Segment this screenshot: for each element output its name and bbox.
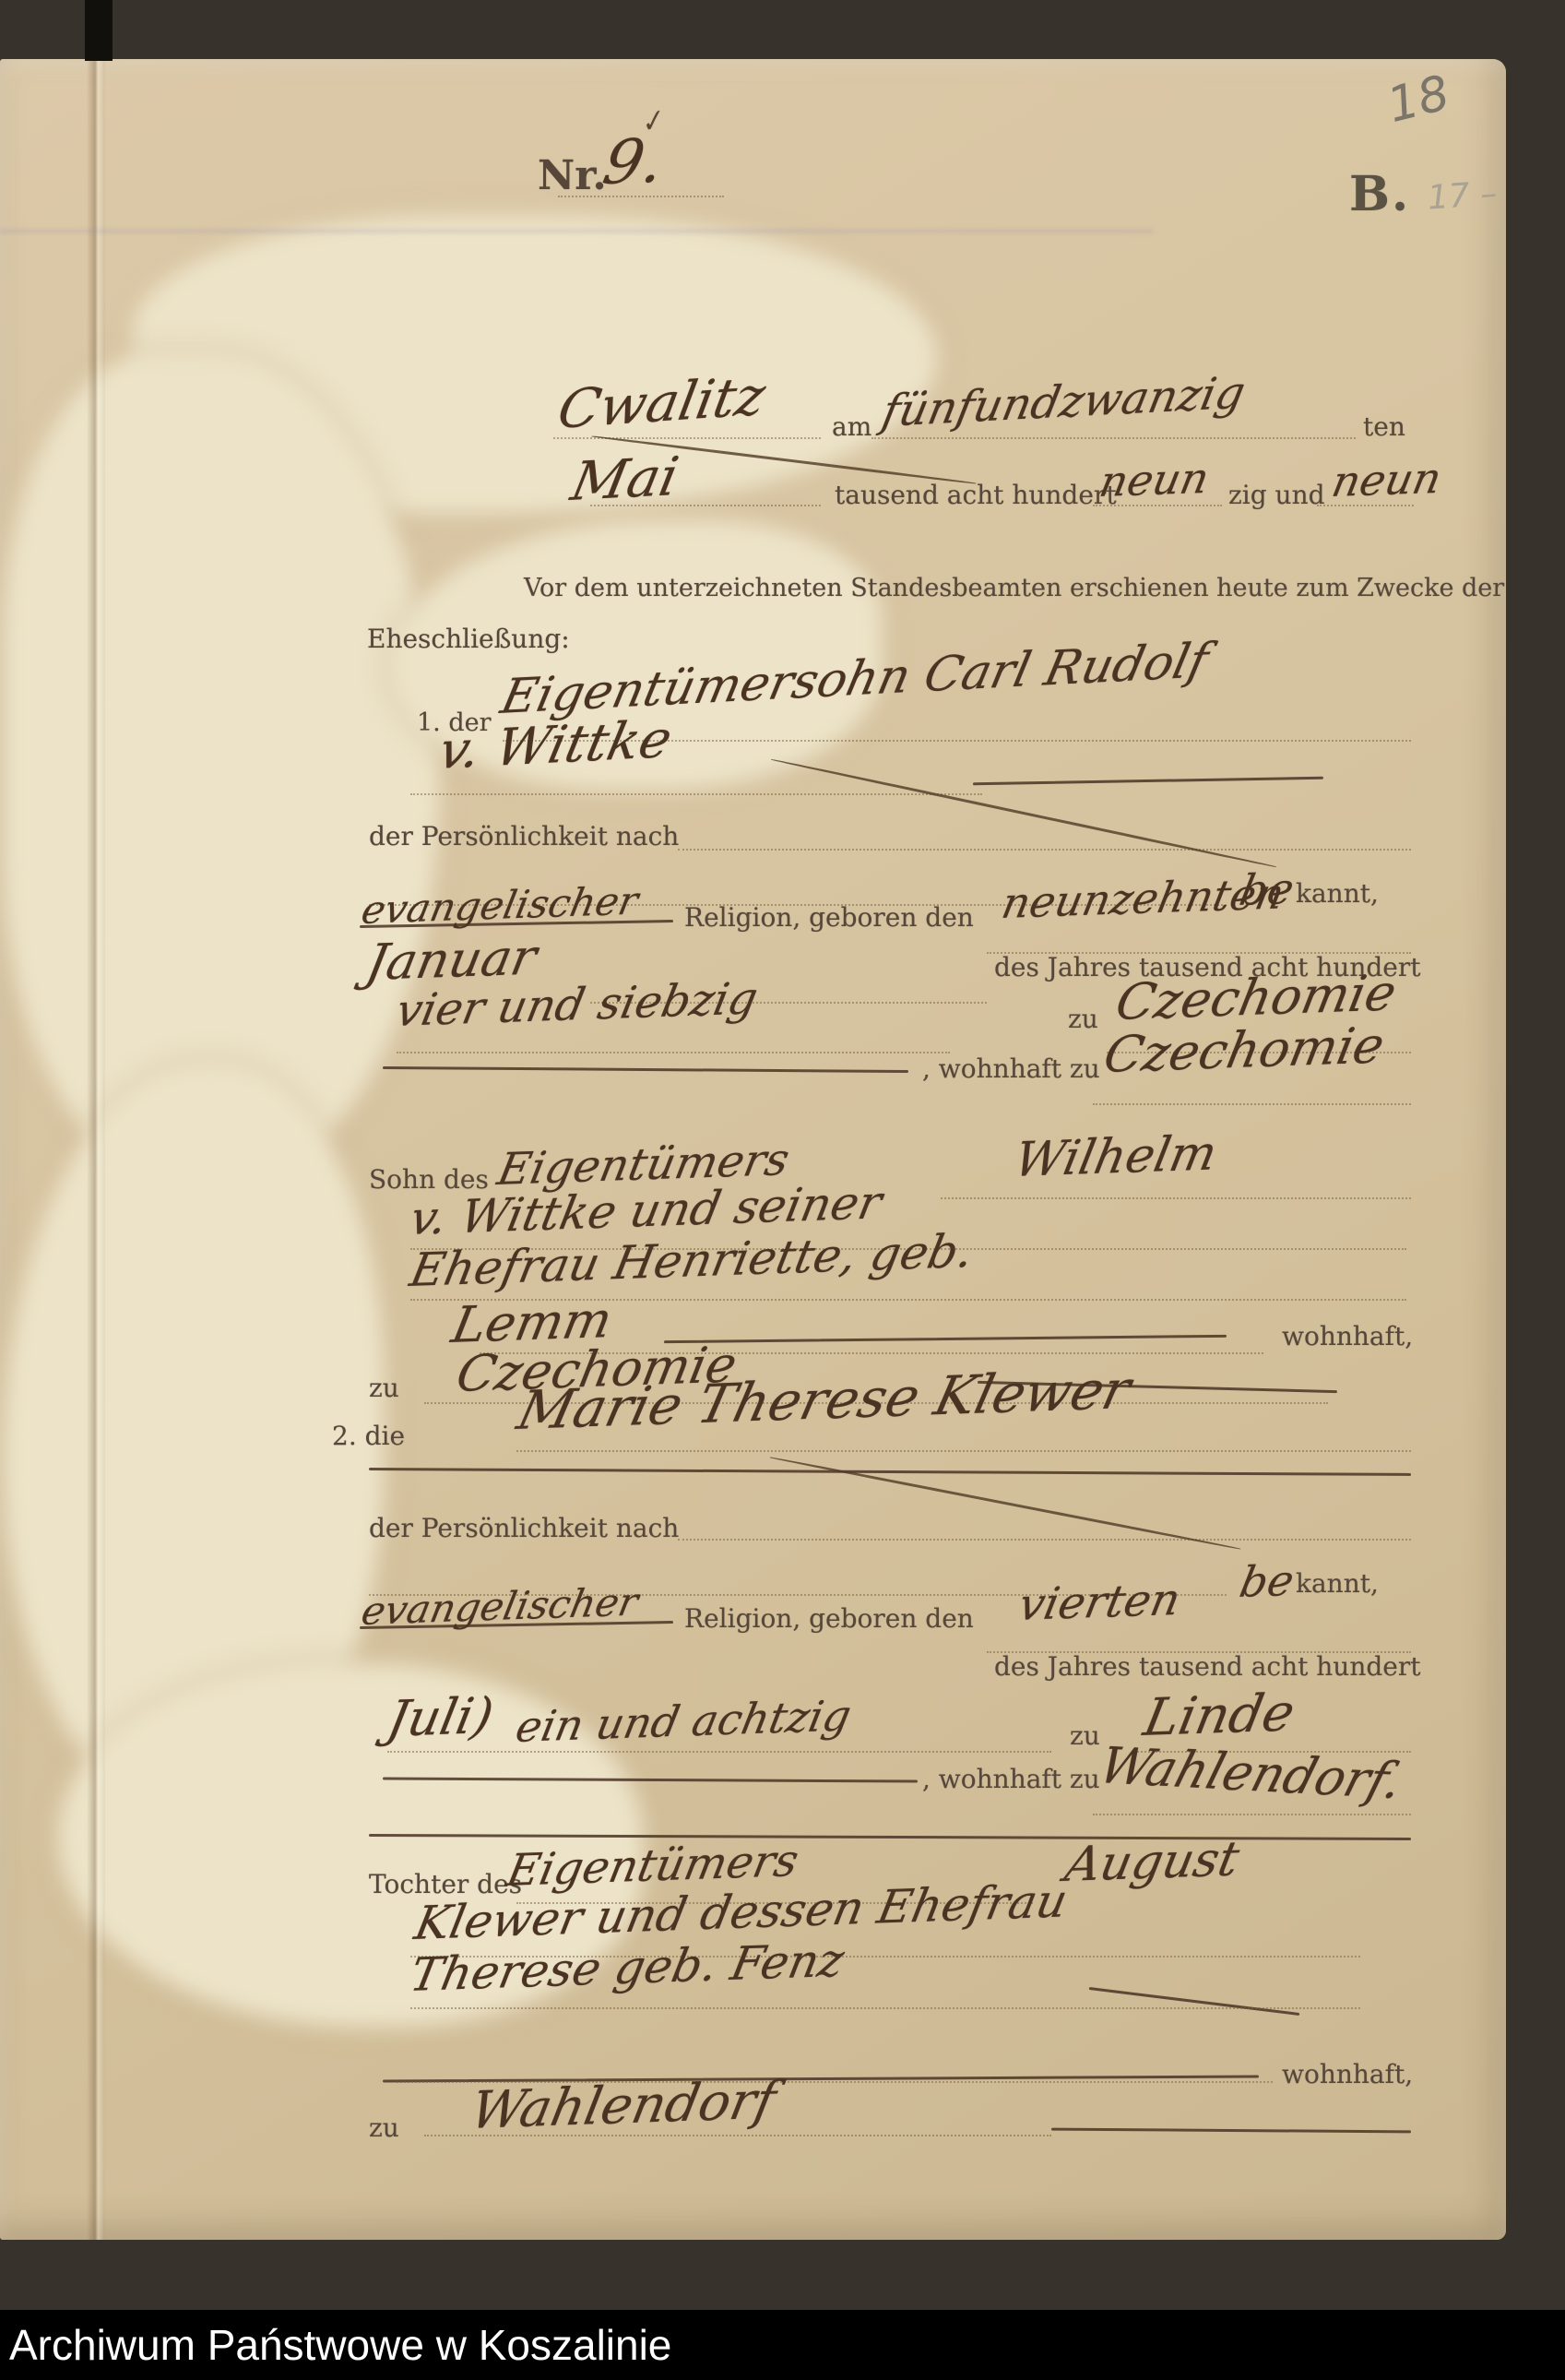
dotted-rule (387, 1751, 1051, 1753)
dotted-rule (590, 505, 821, 506)
dotted-rule (410, 793, 982, 795)
bride-wohnhaft-label: , wohnhaft zu (922, 1764, 1100, 1794)
dotted-rule (678, 1539, 1411, 1541)
groom-parents-wohnhaft-label: wohnhaft, (1282, 1321, 1413, 1351)
archive-name: Archiwum Państwowe w Koszalinie (0, 2320, 671, 2370)
binding-crease (87, 59, 105, 2240)
bride-identity-label: der Persönlichkeit nach (369, 1513, 679, 1543)
bride-parents-residence: Wahlendorf (466, 2071, 780, 2141)
groom-zu-label: zu (1068, 1004, 1098, 1034)
year-tens: neun (1096, 453, 1214, 506)
bride-year-label: des Jahres tausend acht hundert (994, 1651, 1421, 1682)
year-ones: neun (1328, 453, 1446, 506)
dotted-rule (1093, 1103, 1411, 1105)
dotted-rule (941, 1197, 1411, 1199)
dotted-rule (410, 2007, 1360, 2009)
groom-father-name: Wilhelm (1010, 1125, 1221, 1188)
groom-known-label: kannt, (1296, 878, 1379, 909)
preamble-line2: Eheschließung: (367, 624, 570, 654)
groom-wohnhaft-label: , wohnhaft zu (922, 1053, 1100, 1084)
bride-birth-day: vierten (1014, 1574, 1185, 1631)
dotted-rule (678, 849, 1411, 851)
groom-parents-zu-label: zu (369, 1373, 399, 1403)
scan-artifact-line (0, 229, 1153, 233)
zig-und-label: zig und (1228, 480, 1325, 510)
dotted-rule (1317, 505, 1414, 506)
dotted-rule (553, 437, 821, 439)
bride-father-name: August (1061, 1832, 1244, 1893)
section-letter-stamp: B. (1349, 166, 1410, 222)
bride-known-label: kannt, (1296, 1568, 1379, 1599)
dotted-rule (516, 1450, 1411, 1452)
pencil-faint-number: 17 – (1427, 174, 1499, 217)
bride-birth-month: Juli) (383, 1686, 498, 1748)
groom-surname: v. Wittke (433, 709, 677, 781)
preamble-line1: Vor dem unterzeichneten Standesbeamten e… (524, 574, 1504, 602)
ten-label: ten (1363, 411, 1405, 442)
am-label: am (832, 411, 871, 442)
groom-residence: Czechomie (1099, 1017, 1389, 1084)
groom-birth-day: neunzehnten (998, 868, 1288, 928)
bride-parents-wohnhaft-label: wohnhaft, (1282, 2059, 1413, 2089)
dotted-rule (1093, 505, 1222, 506)
nr-label: Nr. (538, 152, 607, 199)
archive-watermark-bar: Archiwum Państwowe w Koszalinie (0, 2310, 1565, 2380)
bride-zu-label: zu (1070, 1720, 1100, 1751)
dotted-rule (1093, 1814, 1411, 1815)
binding-tape (85, 0, 113, 61)
thousand-label: tausend acht hundert (835, 480, 1117, 510)
bride-religion-label: Religion, geboren den (684, 1603, 974, 1634)
document-scan: 18 B. 17 – Nr. 9. ✓ Cwalitz am fünfundzw… (0, 0, 1565, 2380)
registration-month: Mai (566, 445, 683, 513)
groom-religion-label: Religion, geboren den (684, 902, 974, 933)
dotted-rule (397, 1052, 950, 1053)
bride-parents-zu-label: zu (369, 2112, 399, 2143)
dotted-rule (871, 437, 1356, 439)
bride-number-label: 2. die (332, 1421, 405, 1451)
dotted-rule (424, 2135, 1051, 2136)
bride-known-hw: be (1236, 1555, 1298, 1607)
groom-identity-label: der Persönlichkeit nach (369, 821, 679, 851)
dotted-rule (558, 196, 724, 197)
